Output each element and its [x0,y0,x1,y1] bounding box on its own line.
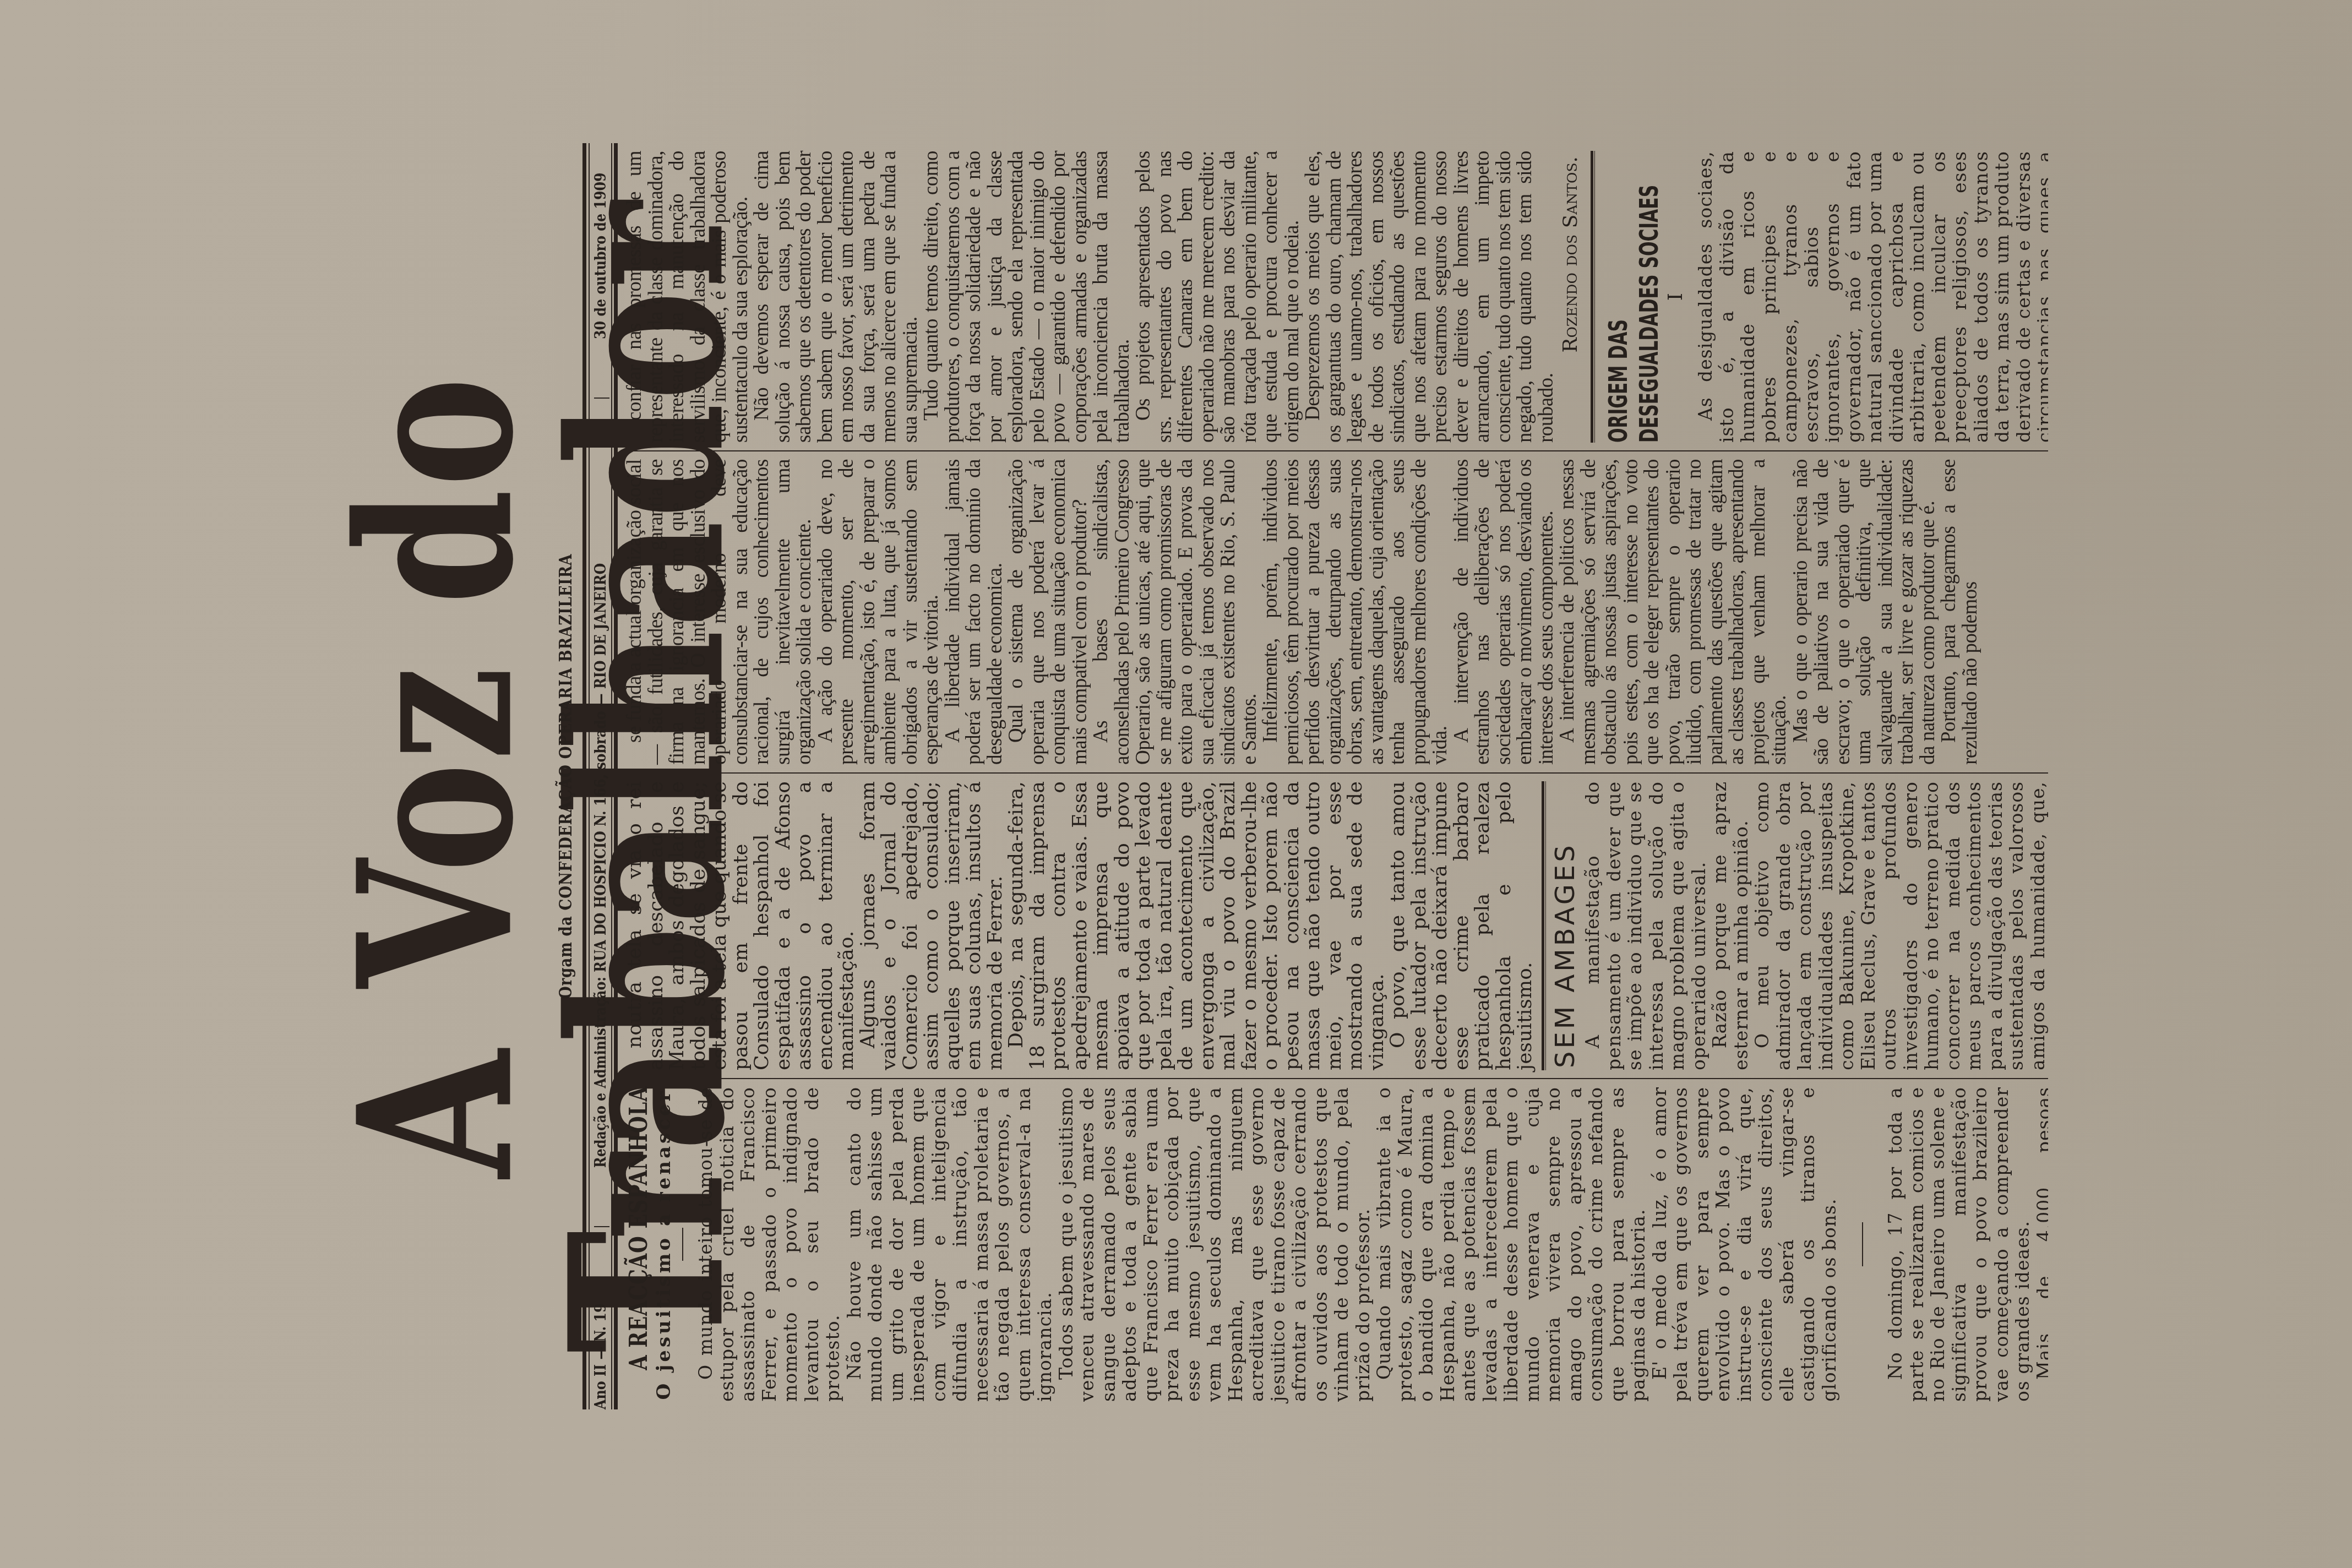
masthead-rule-top [582,143,590,1409]
column-1: A REACÇÃO ESPANHOLA O jesuitismo a renas… [621,1079,2048,1409]
headline-reacao: A REACÇÃO ESPANHOLA [629,1118,650,1370]
separator: | [591,1224,609,1229]
sem-ambages-body: A manifestação do pensamento é um dever … [1582,781,2048,1070]
sem-ambages-body-col4: confiar nas promessas de um representant… [624,151,1557,443]
paragraph: Infelizmente, porém, individuos pernicio… [1260,459,1451,765]
masthead-rule-bottom [611,143,618,1409]
paragraph: se funda a actual organização social — s… [624,459,815,765]
paragraph: Tudo quanto temos direito, como produtor… [921,151,1133,443]
paragraph: Desprezemos os meios que eles, os gargan… [1303,151,1557,443]
article-columns: A REACÇÃO ESPANHOLA O jesuitismo a renas… [621,143,2048,1409]
divider [682,1228,683,1261]
issue-date: 30 de outubro de 1909 [591,172,609,339]
part-number: I [1665,151,1687,443]
column-2: noutra tela se via o rei assassino desca… [621,774,2048,1079]
paragraph: O mundo inteiro tomou-se de estupor pela… [695,1087,844,1402]
paragraph: Todos sabem que o jesuitismo venceu atra… [1056,1087,1374,1402]
paragraph: confiar nas promessas de um representant… [624,151,752,443]
paragraph: A interferencia de politicos nessas mesm… [1557,459,1790,765]
paragraph: Qual o sistema de organização operaria q… [1006,459,1091,765]
paragraph: Razão porque me apraz esternar a minha o… [1709,781,1752,1070]
paragraph: Portanto, para chegarmos a esse rezultad… [1939,459,1981,765]
issue-number: Ano II — N. 19 [591,1304,609,1409]
paragraph: Os projetos apresentados pelos srs. repr… [1133,151,1303,443]
paragraph: As bases sindicalistas, aconselhadas pel… [1091,459,1260,765]
section-rule [1591,151,1595,443]
paragraph: Depois, na segunda-feira, 18 surgiram da… [1006,781,1387,1070]
newspaper-page: A Voz do Trabalhador Orgam da CONFEDERAÇ… [352,143,2048,1409]
paragraph: Quando mais vibrante ia o protesto, saga… [1374,1087,1649,1402]
sem-ambages-body-col3: se funda a actual organização social — s… [624,459,1981,765]
headline-sem-ambages: SEM AMBAGES [1555,781,1576,1068]
separator: | [591,396,609,400]
newspaper-subtitle: Orgam da CONFEDERAÇÃO OPERARIA BRAZILEIR… [555,257,576,1295]
headline-origem-line2: DESEGUALDADES SOCIAES [1635,244,1663,443]
paragraph: A liberdade individual jamais poderá ser… [943,459,1006,765]
column-4: confiar nas promessas de um representant… [621,143,2048,451]
paragraph: Não houve um canto do mundo donde não sa… [844,1087,1056,1402]
paragraph: As desigualdades sociaes, isto é, a divi… [1695,151,2048,443]
paragraph: O meu objetivo como admirador da grande … [1752,781,2048,1070]
reacao-body-continued: No domingo, 17 por toda a parte se reali… [1885,1087,2048,1402]
paragraph: A intervenção de individuos estranhos na… [1451,459,1558,765]
paragraph: No domingo, 17 por toda a parte se reali… [1885,1087,2034,1402]
author-signature: Rozendo dos Santos. [1560,156,1582,443]
paragraph: E' o medo da luz, é o amor pela tréva em… [1649,1087,1841,1402]
paragraph: noutra tela se via o rei assassino desca… [624,781,858,1070]
reacao-body-col2: noutra tela se via o rei assassino desca… [624,781,1536,1070]
paragraph: A manifestação do pensamento é um dever … [1582,781,1709,1070]
paragraph: Não devemos esperar de cima solução á no… [752,151,921,443]
column-3: se funda a actual organização social — s… [621,451,2048,774]
paragraph: Mas o que o operario precisa não são de … [1790,459,1939,765]
issue-info-bar: Ano II — N. 19 | Redação e Administração… [590,143,610,1409]
origem-body: As desigualdades sociaes, isto é, a divi… [1695,151,2048,443]
paragraph: Alguns jornaes foram vaiados e o Jornal … [858,781,1006,1070]
headline-origem-line1: ORIGEM DAS [1604,244,1632,443]
divider [1862,1222,1863,1266]
paragraph: A ação do operariado deve, no presente m… [815,459,943,765]
section-rule [1542,781,1546,1070]
address: Redação e Administração: RUA DO HOSPICIO… [591,563,609,1168]
masthead: A Voz do Trabalhador Orgam da CONFEDERAÇ… [352,143,600,1409]
subhead-reacao: O jesuitismo a renascer [654,1087,675,1402]
reacao-body: O mundo inteiro tomou-se de estupor pela… [695,1087,1840,1402]
paragraph: Mais de 4.000 pesoas percorreram as ruas… [2034,1087,2049,1402]
paragraph: O povo, que tanto amou esse lutador pela… [1387,781,1536,1070]
